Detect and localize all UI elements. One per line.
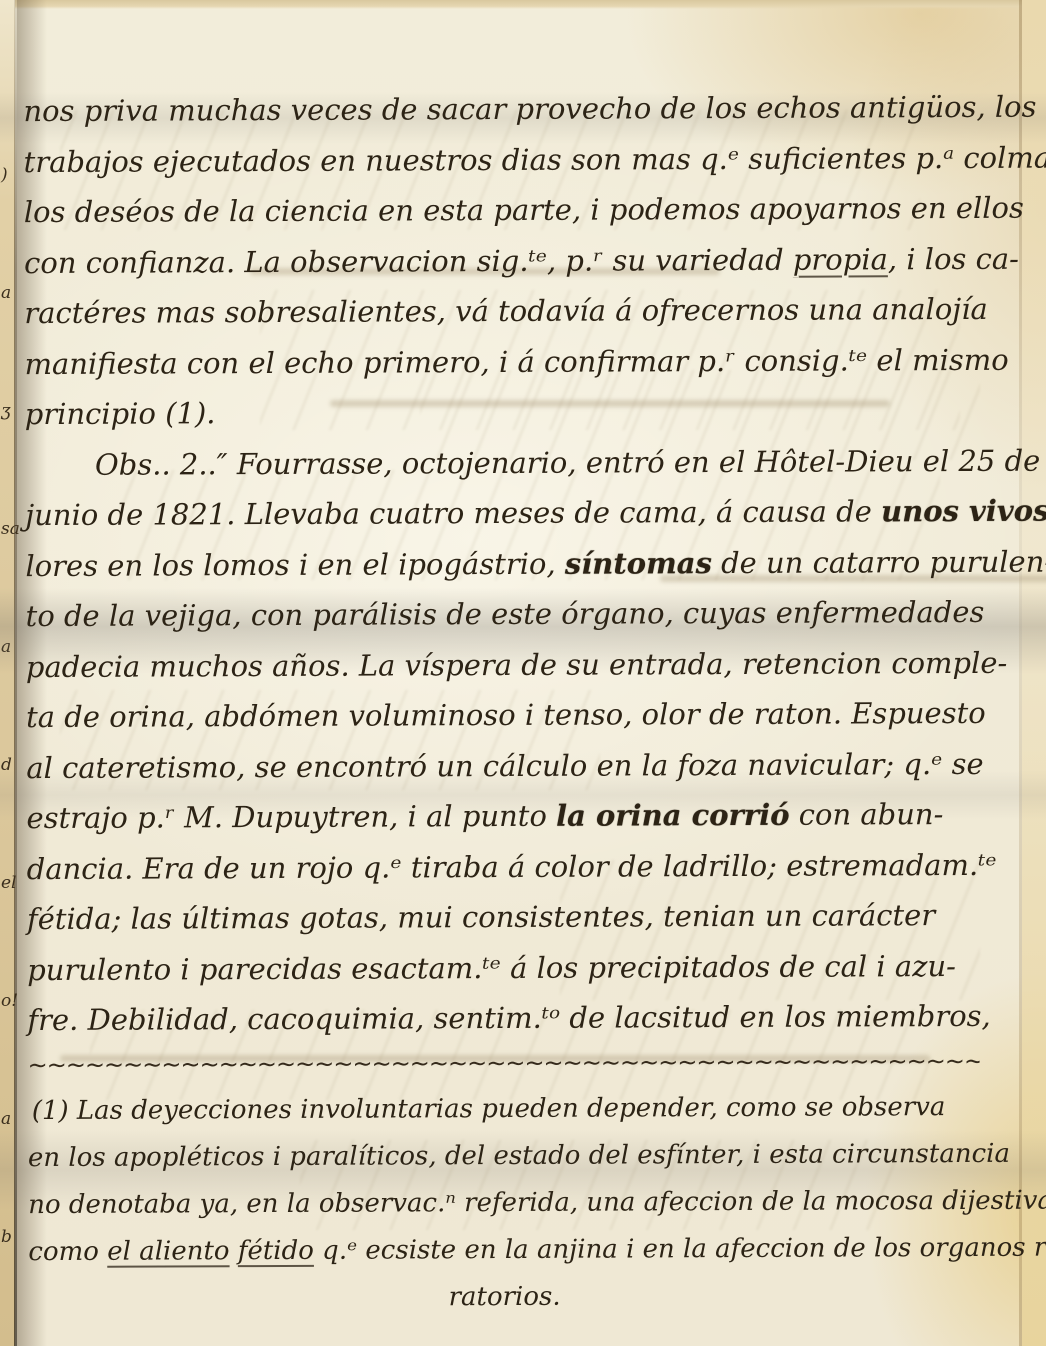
edge-letter-fragment: ) xyxy=(1,165,8,185)
text-segment: los deséos de la ciencia en esta parte, … xyxy=(24,191,1024,229)
text-segment: ta de orina, abdómen voluminoso i tenso,… xyxy=(26,696,986,734)
text-segment: el aliento xyxy=(107,1236,229,1267)
text-segment: con abun- xyxy=(789,797,943,832)
manuscript-text-block: nos priva muchas veces de sacar provecho… xyxy=(23,82,980,1323)
manuscript-line: ratorios. xyxy=(28,1271,980,1322)
edge-letter-fragment: a xyxy=(1,1109,11,1129)
manuscript-line: trabajos ejecutados en nuestros dias son… xyxy=(24,132,976,187)
text-segment: fétida; las últimas gotas, mui consisten… xyxy=(27,898,935,936)
manuscript-line: en los apopléticos i paralíticos, del es… xyxy=(28,1130,980,1181)
text-segment: manifiesta con el echo primero, i á conf… xyxy=(24,342,1008,380)
text-segment: q.ᵉ ecsiste en la anjina i en la afeccio… xyxy=(314,1232,1046,1265)
edge-letter-fragment: d xyxy=(1,755,12,775)
text-segment: trabajos ejecutados en nuestros dias son… xyxy=(24,140,1046,179)
text-segment: como xyxy=(28,1236,107,1266)
edge-letter-fragment: a xyxy=(1,283,11,303)
text-segment: (1) Las deyecciones involuntarias pueden… xyxy=(32,1092,946,1126)
edge-letter-fragment: b xyxy=(1,1227,12,1247)
text-segment: la orina corrió xyxy=(556,798,790,833)
text-segment: ractéres mas sobresalientes, vá todavía … xyxy=(24,292,988,330)
text-segment: to de la vejiga, con parálisis de este ó… xyxy=(26,595,985,633)
text-segment: purulento i parecidas esactam.ᵗᵉ á los p… xyxy=(27,949,956,987)
manuscript-line: purulento i parecidas esactam.ᵗᵉ á los p… xyxy=(27,940,979,995)
text-segment: no denotaba ya, en la observac.ⁿ referid… xyxy=(28,1185,1046,1220)
manuscript-body: nos priva muchas veces de sacar provecho… xyxy=(23,82,979,1046)
manuscript-line: ta de orina, abdómen voluminoso i tenso,… xyxy=(26,688,978,743)
text-segment: principio (1). xyxy=(25,396,216,431)
manuscript-line: ractéres mas sobresalientes, vá todavía … xyxy=(24,284,976,339)
manuscript-line: lores en los lomos i en el ipogástrio, s… xyxy=(25,536,977,591)
manuscript-line: to de la vejiga, con parálisis de este ó… xyxy=(26,587,978,642)
text-segment: Obs.. 2..″ Fourrasse, octojenario, entró… xyxy=(95,443,1040,481)
text-segment: lores en los lomos i en el ipogástrio, xyxy=(25,546,565,582)
text-segment: ratorios. xyxy=(448,1281,560,1311)
manuscript-line: padecia muchos años. La víspera de su en… xyxy=(26,637,978,692)
manuscript-line: con confianza. La observacion sig.ᵗᵉ, p.… xyxy=(24,233,976,288)
footnote-divider: ∼∼∼∼∼∼∼∼∼∼∼∼∼∼∼∼∼∼∼∼∼∼∼∼∼∼∼∼∼∼∼∼∼∼∼∼∼∼∼∼… xyxy=(27,1041,979,1087)
manuscript-line: nos priva muchas veces de sacar provecho… xyxy=(23,82,975,137)
manuscript-line: no denotaba ya, en la observac.ⁿ referid… xyxy=(28,1177,980,1228)
text-segment: en los apopléticos i paralíticos, del es… xyxy=(28,1138,1010,1172)
text-segment: propia xyxy=(793,242,888,276)
manuscript-line: como el aliento fétido q.ᵉ ecsiste en la… xyxy=(28,1224,980,1275)
manuscript-line: fre. Debilidad, cacoquimia, sentim.ᵗᵒ de… xyxy=(27,991,979,1046)
manuscript-line: fétida; las últimas gotas, mui consisten… xyxy=(27,890,979,945)
text-segment: de un catarro purulen- xyxy=(712,544,1046,579)
manuscript-line: manifiesta con el echo primero, i á conf… xyxy=(24,334,976,389)
manuscript-line: estrajo p.ʳ M. Dupuytren, i al punto la … xyxy=(26,789,978,844)
page-top-edge xyxy=(0,0,1046,9)
text-segment: junio de 1821. Llevaba cuatro meses de c… xyxy=(25,494,881,532)
manuscript-line: (1) Las deyecciones involuntarias pueden… xyxy=(32,1083,980,1134)
text-segment: dancia. Era de un rojo q.ᵉ tiraba á colo… xyxy=(27,847,997,885)
binding-edge-strip: )aʒsaadelo!ab xyxy=(0,0,15,1346)
text-segment: estrajo p.ʳ M. Dupuytren, i al punto xyxy=(26,799,556,835)
text-segment: fétido xyxy=(238,1235,314,1265)
manuscript-footnote: (1) Las deyecciones involuntarias pueden… xyxy=(28,1083,981,1322)
text-segment: síntomas xyxy=(565,546,712,581)
text-segment: con confianza. La observacion sig.ᵗᵉ, p.… xyxy=(24,242,793,279)
manuscript-line: principio (1). xyxy=(25,385,977,440)
manuscript-line: Obs.. 2..″ Fourrasse, octojenario, entró… xyxy=(95,435,977,489)
page-right-edge xyxy=(1022,0,1046,1346)
text-segment: al cateretismo, se encontró un cálculo e… xyxy=(26,746,983,784)
text-segment: nos priva muchas veces de sacar provecho… xyxy=(23,90,1036,128)
edge-letter-fragment: a xyxy=(1,637,11,657)
edge-letter-fragment: ʒ xyxy=(1,401,11,421)
manuscript-line: al cateretismo, se encontró un cálculo e… xyxy=(26,738,978,793)
text-segment: padecia muchos años. La víspera de su en… xyxy=(26,645,1008,683)
manuscript-line: junio de 1821. Llevaba cuatro meses de c… xyxy=(25,486,977,541)
manuscript-line: los deséos de la ciencia en esta parte, … xyxy=(24,183,976,238)
text-segment: fre. Debilidad, cacoquimia, sentim.ᵗᵒ de… xyxy=(27,999,990,1037)
manuscript-line: dancia. Era de un rojo q.ᵉ tiraba á colo… xyxy=(27,839,979,894)
text-segment: unos vivos do- xyxy=(881,493,1046,528)
text-segment: , i los ca- xyxy=(888,241,1019,276)
manuscript-page-scan: )aʒsaadelo!ab nos priva muchas veces de … xyxy=(0,0,1046,1346)
